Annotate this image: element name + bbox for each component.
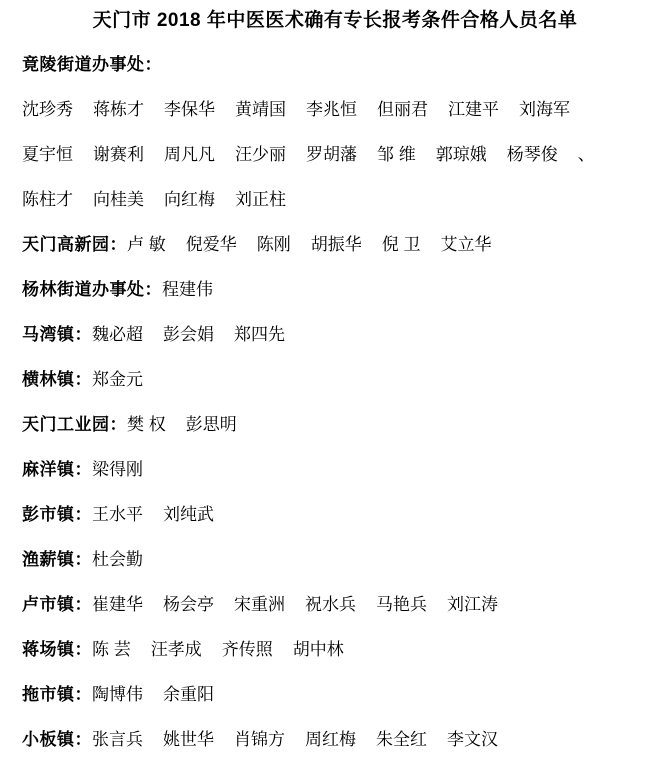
person-name: 刘纯武 (163, 505, 214, 524)
person-name: 彭会娟 (163, 325, 214, 344)
person-name: 郑金元 (92, 370, 143, 389)
person-name: 夏宇恒 (22, 145, 73, 164)
person-name: 祝水兵 (305, 595, 356, 614)
name-list: 沈珍秀蒋栋才李保华黄靖国李兆恒但丽君江建平刘海军 (22, 100, 570, 119)
section-line-henglin: 横林镇：郑金元 (22, 370, 648, 389)
person-name: 汪少丽 (235, 145, 286, 164)
person-name: 蒋栋才 (93, 100, 144, 119)
person-name: 彭思明 (186, 415, 237, 434)
person-name: 余重阳 (163, 685, 214, 704)
person-name: 倪 卫 (382, 235, 421, 254)
person-name: 陈柱才 (22, 190, 73, 209)
section-line-lushi: 卢市镇：崔建华杨会亭宋重洲祝水兵马艳兵刘江涛 (22, 595, 648, 614)
person-name: 齐传照 (222, 640, 273, 659)
person-name: 汪孝成 (151, 640, 202, 659)
name-list: 梁得刚 (92, 460, 143, 479)
person-name: 王水平 (92, 505, 143, 524)
person-name: 胡中林 (293, 640, 344, 659)
name-list: 陶博伟余重阳 (92, 685, 214, 704)
section-line-tianmen-gongyeyuan: 天门工业园：樊 权彭思明 (22, 415, 648, 434)
person-name: 邹 维 (377, 145, 416, 164)
section-line-yuxin: 渔薪镇：杜会勤 (22, 550, 648, 569)
person-name: 陶博伟 (92, 685, 143, 704)
person-name: 陈刚 (257, 235, 291, 254)
page-title: 天门市 2018 年中医医术确有专长报考条件合格人员名单 (22, 8, 648, 33)
section-header: 天门高新园： (22, 235, 127, 254)
name-list: 夏宇恒谢赛利周凡凡汪少丽罗胡藩邹 维郭琼娥杨琴俊、 (22, 145, 595, 164)
person-name: 杨会亭 (163, 595, 214, 614)
section-header: 卢市镇： (22, 595, 92, 614)
section-header: 天门工业园： (22, 415, 127, 434)
section-header: 杨林街道办事处： (22, 280, 162, 299)
name-list: 程建伟 (162, 280, 213, 299)
name-list: 张言兵姚世华肖锦方周红梅朱全红李文汉 (92, 730, 498, 749)
person-name: 刘正柱 (235, 190, 286, 209)
name-list: 陈柱才向桂美向红梅刘正柱 (22, 190, 286, 209)
name-list: 樊 权彭思明 (127, 415, 237, 434)
section-line-jiangchang: 蒋场镇：陈 芸汪孝成齐传照胡中林 (22, 640, 648, 659)
section-line-tuoshi: 拖市镇：陶博伟余重阳 (22, 685, 648, 704)
person-name: 陈 芸 (92, 640, 131, 659)
section-header: 横林镇： (22, 370, 92, 389)
section-header: 拖市镇： (22, 685, 92, 704)
person-name: 向红梅 (164, 190, 215, 209)
section-line-mayang: 麻洋镇：梁得刚 (22, 460, 648, 479)
person-name: 黄靖国 (235, 100, 286, 119)
person-name: 卢 敏 (127, 235, 166, 254)
name-row: 夏宇恒谢赛利周凡凡汪少丽罗胡藩邹 维郭琼娥杨琴俊、 (22, 145, 648, 164)
person-name: 艾立华 (440, 235, 491, 254)
name-list: 杜会勤 (92, 550, 143, 569)
person-name: 郭琼娥 (436, 145, 487, 164)
document-page: 天门市 2018 年中医医术确有专长报考条件合格人员名单 竟陵街道办事处： 沈珍… (0, 0, 666, 778)
person-name: 但丽君 (377, 100, 428, 119)
person-name: 李保华 (164, 100, 215, 119)
person-name: 马艳兵 (376, 595, 427, 614)
section-line-pengshi: 彭市镇：王水平刘纯武 (22, 505, 648, 524)
person-name: 沈珍秀 (22, 100, 73, 119)
person-name: 魏必超 (92, 325, 143, 344)
name-list: 魏必超彭会娟郑四先 (92, 325, 285, 344)
section-line-yanglin: 杨林街道办事处：程建伟 (22, 280, 648, 299)
person-name: 刘海军 (519, 100, 570, 119)
name-list: 卢 敏倪爱华陈刚胡振华倪 卫艾立华 (127, 235, 491, 254)
section-header: 马湾镇： (22, 325, 92, 344)
name-list: 崔建华杨会亭宋重洲祝水兵马艳兵刘江涛 (92, 595, 498, 614)
person-name: 江建平 (448, 100, 499, 119)
section-header: 竟陵街道办事处： (22, 55, 162, 74)
person-name: 谢赛利 (93, 145, 144, 164)
name-list: 王水平刘纯武 (92, 505, 214, 524)
name-row: 沈珍秀蒋栋才李保华黄靖国李兆恒但丽君江建平刘海军 (22, 100, 648, 119)
section-line-jingling: 竟陵街道办事处： (22, 55, 648, 74)
person-name: 程建伟 (162, 280, 213, 299)
person-name: 刘江涛 (447, 595, 498, 614)
section-header: 蒋场镇： (22, 640, 92, 659)
person-name: 、 (578, 145, 595, 164)
name-list: 陈 芸汪孝成齐传照胡中林 (92, 640, 344, 659)
section-header: 小板镇： (22, 730, 92, 749)
person-name: 李兆恒 (306, 100, 357, 119)
person-name: 姚世华 (163, 730, 214, 749)
person-name: 周凡凡 (164, 145, 215, 164)
person-name: 杜会勤 (92, 550, 143, 569)
person-name: 朱全红 (376, 730, 427, 749)
section-header: 彭市镇： (22, 505, 92, 524)
section-header: 渔薪镇： (22, 550, 92, 569)
person-name: 罗胡藩 (306, 145, 357, 164)
person-name: 向桂美 (93, 190, 144, 209)
section-line-xiaoban: 小板镇：张言兵姚世华肖锦方周红梅朱全红李文汉 (22, 730, 648, 749)
name-list: 郑金元 (92, 370, 143, 389)
person-name: 郑四先 (234, 325, 285, 344)
person-name: 樊 权 (127, 415, 166, 434)
person-name: 李文汉 (447, 730, 498, 749)
person-name: 胡振华 (311, 235, 362, 254)
name-row: 陈柱才向桂美向红梅刘正柱 (22, 190, 648, 209)
person-name: 周红梅 (305, 730, 356, 749)
person-name: 倪爱华 (186, 235, 237, 254)
person-name: 崔建华 (92, 595, 143, 614)
person-name: 梁得刚 (92, 460, 143, 479)
person-name: 宋重洲 (234, 595, 285, 614)
section-line-tianmen-gaoxinyuan: 天门高新园：卢 敏倪爱华陈刚胡振华倪 卫艾立华 (22, 235, 648, 254)
person-name: 张言兵 (92, 730, 143, 749)
person-name: 杨琴俊 (507, 145, 558, 164)
section-line-mawan: 马湾镇：魏必超彭会娟郑四先 (22, 325, 648, 344)
section-header: 麻洋镇： (22, 460, 92, 479)
person-name: 肖锦方 (234, 730, 285, 749)
